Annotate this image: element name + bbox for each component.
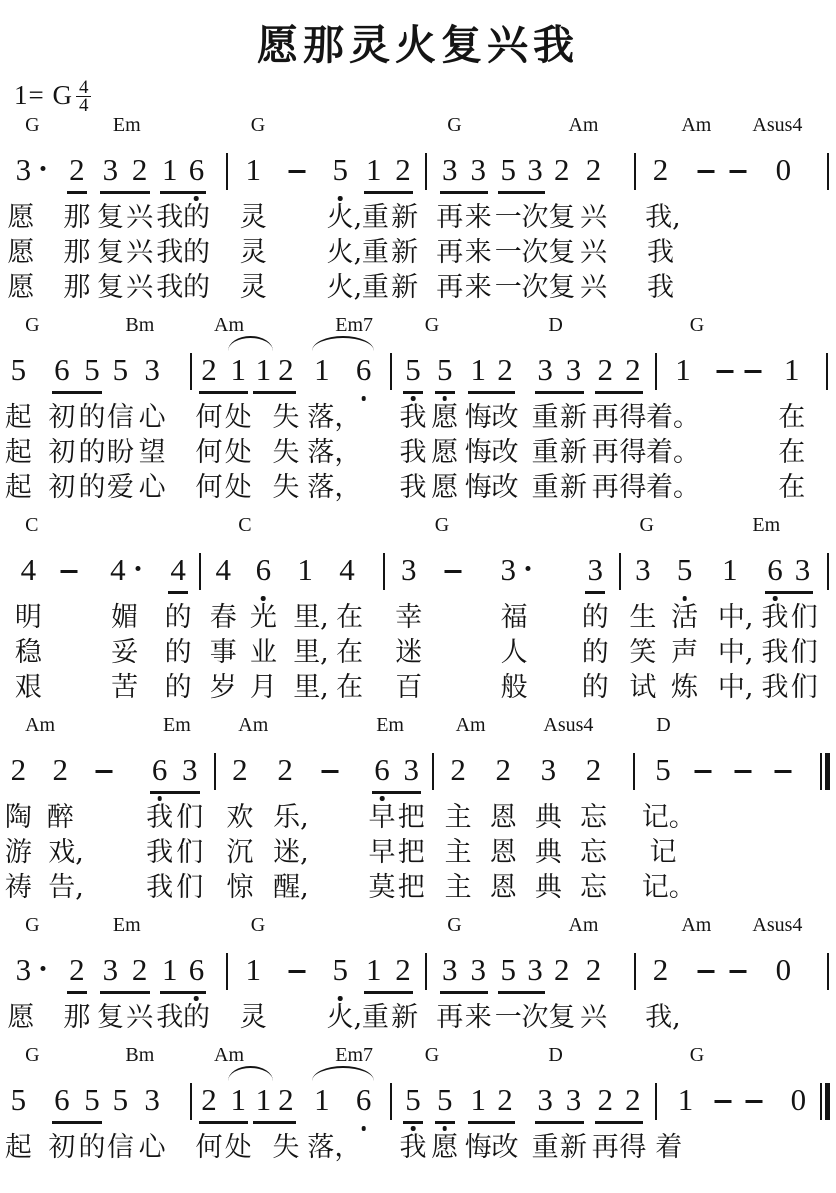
barline xyxy=(425,953,427,990)
duration-dash xyxy=(730,170,747,173)
lyric-line: 愿那复兴我的灵火,重新再来一次复兴我, xyxy=(0,1002,836,1037)
time-signature: 4 4 xyxy=(76,79,92,114)
barline xyxy=(425,153,427,190)
chord-label: Am xyxy=(568,914,598,937)
note-digit: 6 xyxy=(189,152,205,188)
lyric-syllable: 典 xyxy=(535,872,562,904)
note-digit: 5 xyxy=(437,352,453,388)
note-digit: 4 xyxy=(215,552,231,588)
lyric-syllable: 着 xyxy=(655,1132,682,1164)
lyric-line: 游戏,我们沉迷,早把主恩典忘记 xyxy=(0,837,836,872)
lyric-syllable: 着。 xyxy=(646,402,700,434)
lyric-syllable: 我 xyxy=(156,1002,183,1034)
note-digit: 3 xyxy=(470,952,486,988)
lyric-line: 起初的盼望何处失落，我愿悔改重新再得着。在 xyxy=(0,437,836,472)
lyric-syllable: 处 xyxy=(225,437,252,469)
lyric-line: 起初的信心何处失落，我愿悔改重新再得着。在 xyxy=(0,402,836,437)
lyric-syllable: 来 xyxy=(465,202,492,234)
augmentation-dot xyxy=(41,166,46,171)
barline xyxy=(190,353,192,390)
note-digit: 5 xyxy=(655,752,671,788)
note-digit: 1 xyxy=(231,352,247,388)
chord-label: Em7 xyxy=(335,314,373,337)
lyric-syllable: 一 xyxy=(495,272,522,304)
note-digit: 1 xyxy=(297,552,313,588)
chord-label: G xyxy=(25,1044,39,1067)
note-digit: 5 xyxy=(333,152,349,188)
lyric-syllable: 失 xyxy=(272,1132,299,1164)
lyric-syllable: 迷 xyxy=(395,637,422,669)
chord-label: Em xyxy=(376,714,404,737)
lyric-syllable: 灵 xyxy=(240,237,267,269)
lyric-syllable: 莫 xyxy=(369,872,396,904)
lyric-syllable: 改 xyxy=(491,437,518,469)
lyric-syllable: 们 xyxy=(176,872,203,904)
lyric-syllable: 的 xyxy=(165,637,192,669)
lyric-syllable: 告, xyxy=(48,872,84,904)
note-digit: 4 xyxy=(339,552,355,588)
chord-label: D xyxy=(656,714,670,737)
duration-dash xyxy=(445,570,462,573)
note-digit: 3 xyxy=(566,1082,582,1118)
eighth-beam xyxy=(160,991,207,994)
lyric-line: 起初的爱心何处失落，我愿悔改重新再得着。在 xyxy=(0,472,836,507)
lyric-syllable: 中, xyxy=(718,637,754,669)
note-digit: 2 xyxy=(586,752,602,788)
lyric-syllable: 炼 xyxy=(671,672,698,704)
key-signature: 1= G 4 4 xyxy=(14,74,91,116)
lyric-syllable: 恩 xyxy=(490,837,517,869)
lyric-syllable: 复 xyxy=(548,1002,575,1034)
chord-label: G xyxy=(640,514,654,537)
barline xyxy=(827,953,829,990)
lyric-syllable: 信 xyxy=(107,402,134,434)
lyric-syllable: 忘 xyxy=(580,837,607,869)
lyric-syllable: 苦 xyxy=(111,672,138,704)
chord-label: G xyxy=(690,314,704,337)
note-digit: 5 xyxy=(501,152,517,188)
chord-label: G xyxy=(251,914,265,937)
note-digit: 6 xyxy=(54,1082,70,1118)
note-digit: 1 xyxy=(678,1082,694,1118)
eighth-beam xyxy=(199,391,248,394)
lyric-syllable: 复 xyxy=(97,1002,124,1034)
lyric-syllable: 重 xyxy=(362,237,389,269)
lyric-syllable: 业 xyxy=(250,637,277,669)
chord-label: Am xyxy=(568,114,598,137)
chord-label: G xyxy=(25,114,39,137)
lyric-syllable: 次 xyxy=(522,1002,549,1034)
note-digit: 2 xyxy=(132,152,148,188)
lyric-syllable: 我 xyxy=(761,672,788,704)
lyric-syllable: 火, xyxy=(327,202,363,234)
lyric-syllable: 们 xyxy=(791,602,818,634)
note-digit: 1 xyxy=(366,952,382,988)
duration-dash xyxy=(60,570,77,573)
barline xyxy=(634,153,636,190)
lyric-syllable: 一 xyxy=(495,237,522,269)
lyric-syllable: 幸 xyxy=(395,602,422,634)
lyric-syllable: 那 xyxy=(63,237,90,269)
lyric-syllable: 起 xyxy=(5,472,32,504)
note-digit: 5 xyxy=(405,1082,421,1118)
chord-label: Am xyxy=(238,714,268,737)
lyric-syllable: 新 xyxy=(391,237,418,269)
page-title: 愿那灵火复兴我 xyxy=(0,12,836,71)
lyric-syllable: 那 xyxy=(63,202,90,234)
lyric-syllable: 信 xyxy=(107,1132,134,1164)
lyric-syllable: 月 xyxy=(250,672,277,704)
lyric-syllable: 戏, xyxy=(48,837,84,869)
note-digit: 1 xyxy=(162,952,178,988)
chord-label: G xyxy=(251,114,265,137)
lyric-syllable: 复 xyxy=(548,272,575,304)
lyric-syllable: 复 xyxy=(97,202,124,234)
time-signature-lower: 4 xyxy=(76,96,92,114)
sheet-music-page: 愿那灵火复兴我 1= G 4 4 GEmGGAmAmAsus4323216151… xyxy=(0,0,836,1193)
lyric-syllable: 悔 xyxy=(465,402,492,434)
lyric-syllable: 兴 xyxy=(580,237,607,269)
rest-note: 0 xyxy=(776,952,792,988)
lyric-syllable: 愿 xyxy=(431,1132,458,1164)
octave-dot xyxy=(157,796,162,801)
lyric-syllable: 那 xyxy=(63,272,90,304)
note-digit: 1 xyxy=(314,352,330,388)
lyric-syllable: 们 xyxy=(176,802,203,834)
barline xyxy=(226,153,228,190)
note-digit: 1 xyxy=(231,1082,247,1118)
lyric-syllable: 稳 xyxy=(15,637,42,669)
lyric-syllable: 的 xyxy=(165,602,192,634)
lyric-syllable: 落， xyxy=(307,472,361,504)
lyric-syllable: 何 xyxy=(196,437,223,469)
note-digit: 3 xyxy=(537,1082,553,1118)
lyric-syllable: 活 xyxy=(671,602,698,634)
eighth-beam xyxy=(253,1121,296,1124)
note-digit: 3 xyxy=(182,752,198,788)
lyric-syllable: 我 xyxy=(146,802,173,834)
lyric-syllable: 再 xyxy=(436,202,463,234)
lyric-syllable: 把 xyxy=(398,837,425,869)
note-digit: 2 xyxy=(496,752,512,788)
duration-dash xyxy=(745,370,762,373)
lyric-syllable: 重 xyxy=(362,1002,389,1034)
note-row: 565532112165512332210 xyxy=(0,1070,836,1134)
note-digit: 3 xyxy=(566,352,582,388)
lyric-syllable: 我 xyxy=(647,237,674,269)
lyric-syllable: 我 xyxy=(156,202,183,234)
note-digit: 1 xyxy=(784,352,800,388)
note-digit: 5 xyxy=(333,952,349,988)
octave-dot xyxy=(194,996,199,1001)
note-digit: 2 xyxy=(554,152,570,188)
lyric-syllable: 初 xyxy=(48,402,75,434)
chord-label: Am xyxy=(214,314,244,337)
barline xyxy=(655,353,657,390)
note-digit: 1 xyxy=(256,1082,272,1118)
note-digit: 2 xyxy=(278,352,294,388)
note-digit: 3 xyxy=(470,152,486,188)
note-digit: 2 xyxy=(625,1082,641,1118)
rest-note: 0 xyxy=(791,1082,807,1118)
note-digit: 5 xyxy=(113,1082,129,1118)
lyric-syllable: 改 xyxy=(491,1132,518,1164)
lyric-syllable: 何 xyxy=(196,402,223,434)
lyric-syllable: 兴 xyxy=(126,202,153,234)
note-digit: 2 xyxy=(278,1082,294,1118)
lyric-syllable: 望 xyxy=(139,437,166,469)
lyric-syllable: 的 xyxy=(183,272,210,304)
duration-dash xyxy=(730,970,747,973)
barline xyxy=(619,553,621,590)
lyric-syllable: 新 xyxy=(391,1002,418,1034)
lyric-syllable: 主 xyxy=(445,837,472,869)
lyric-syllable: 忘 xyxy=(580,802,607,834)
barline xyxy=(827,553,829,590)
note-digit: 5 xyxy=(405,352,421,388)
note-digit: 1 xyxy=(470,352,486,388)
lyric-syllable: 新 xyxy=(560,437,587,469)
lyric-line: 起初的信心何处失落，我愿悔改重新再得着 xyxy=(0,1132,836,1167)
note-digit: 4 xyxy=(110,552,126,588)
lyric-syllable: 兴 xyxy=(580,1002,607,1034)
barline xyxy=(190,1083,192,1120)
key-tonic: 1= G xyxy=(14,80,73,111)
eighth-beam xyxy=(67,991,87,994)
chord-label: G xyxy=(25,914,39,937)
note-digit: 2 xyxy=(653,952,669,988)
lyric-syllable: 我 xyxy=(399,1132,426,1164)
note-digit: 2 xyxy=(598,352,614,388)
lyric-syllable: 生 xyxy=(629,602,656,634)
duration-dash xyxy=(735,770,752,773)
lyric-syllable: 人 xyxy=(501,637,528,669)
lyric-syllable: 媚 xyxy=(111,602,138,634)
lyric-line: 愿那复兴我的灵火,重新再来一次复兴我 xyxy=(0,272,836,307)
lyric-syllable: 得 xyxy=(619,402,646,434)
note-digit: 1 xyxy=(470,1082,486,1118)
note-digit: 6 xyxy=(356,1082,372,1118)
octave-dot xyxy=(682,596,687,601)
lyric-syllable: 再 xyxy=(592,1132,619,1164)
lyric-syllable: 愿 xyxy=(7,272,34,304)
lyric-syllable: 得 xyxy=(619,437,646,469)
lyric-syllable: 中, xyxy=(718,672,754,704)
eighth-beam xyxy=(403,391,423,394)
duration-dash xyxy=(716,370,733,373)
lyric-syllable: 心 xyxy=(139,472,166,504)
lyric-syllable: 失 xyxy=(272,402,299,434)
lyric-syllable: 初 xyxy=(48,1132,75,1164)
lyric-syllable: 中, xyxy=(718,602,754,634)
barline xyxy=(390,1083,392,1120)
note-digit: 6 xyxy=(374,752,390,788)
note-digit: 2 xyxy=(497,352,513,388)
chord-label: G xyxy=(25,314,39,337)
lyric-syllable: 愿 xyxy=(431,402,458,434)
lyric-syllable: 明 xyxy=(15,602,42,634)
eighth-beam xyxy=(468,391,515,394)
lyric-line: 艰苦的岁月里,在百般的试炼中,我们 xyxy=(0,672,836,707)
note-digit: 2 xyxy=(598,1082,614,1118)
lyric-syllable: 笑 xyxy=(629,637,656,669)
lyric-syllable: 的 xyxy=(183,1002,210,1034)
slur-arc xyxy=(228,1066,273,1081)
note-digit: 1 xyxy=(162,152,178,188)
final-barline xyxy=(820,753,830,790)
chord-label: Am xyxy=(681,114,711,137)
note-digit: 6 xyxy=(189,952,205,988)
barline xyxy=(383,553,385,590)
note-digit: 2 xyxy=(201,352,217,388)
lyric-syllable: 重 xyxy=(532,1132,559,1164)
lyric-syllable: 着。 xyxy=(646,437,700,469)
barline xyxy=(226,953,228,990)
note-digit: 3 xyxy=(501,552,517,588)
note-digit: 1 xyxy=(256,352,272,388)
lyric-syllable: 恩 xyxy=(490,802,517,834)
duration-dash xyxy=(95,770,112,773)
eighth-beam xyxy=(440,191,488,194)
lyric-line: 明媚的春光里,在幸福的生活中,我们 xyxy=(0,602,836,637)
octave-dot xyxy=(338,996,343,1001)
lyric-syllable: 兴 xyxy=(126,1002,153,1034)
barline xyxy=(390,353,392,390)
octave-dot xyxy=(261,596,266,601)
note-digit: 2 xyxy=(132,952,148,988)
lyric-syllable: 我 xyxy=(399,437,426,469)
octave-dot xyxy=(442,1126,447,1131)
note-digit: 2 xyxy=(201,1082,217,1118)
lyric-syllable: 把 xyxy=(398,802,425,834)
chord-label: G xyxy=(435,514,449,537)
chord-label: Asus4 xyxy=(752,114,802,137)
eighth-beam xyxy=(364,191,413,194)
duration-dash xyxy=(288,170,305,173)
octave-dot xyxy=(338,196,343,201)
barline xyxy=(214,753,216,790)
lyric-syllable: 改 xyxy=(491,472,518,504)
lyric-syllable: 岁 xyxy=(210,672,237,704)
note-digit: 3 xyxy=(795,552,811,588)
lyric-syllable: 乐, xyxy=(273,802,309,834)
lyric-syllable: 爱 xyxy=(107,472,134,504)
chord-label: G xyxy=(425,1044,439,1067)
lyric-syllable: 复 xyxy=(97,272,124,304)
lyric-syllable: 在 xyxy=(336,602,363,634)
eighth-beam xyxy=(67,191,87,194)
lyric-syllable: 重 xyxy=(532,472,559,504)
note-digit: 1 xyxy=(675,352,691,388)
note-digit: 6 xyxy=(256,552,272,588)
lyric-syllable: 心 xyxy=(139,1132,166,1164)
octave-dot xyxy=(194,196,199,201)
lyric-syllable: 记 xyxy=(649,837,676,869)
lyric-syllable: 主 xyxy=(445,872,472,904)
note-digit: 3 xyxy=(442,152,458,188)
lyric-syllable: 一 xyxy=(495,1002,522,1034)
note-digit: 5 xyxy=(113,352,129,388)
note-digit: 3 xyxy=(16,152,32,188)
lyric-syllable: 悔 xyxy=(465,472,492,504)
eighth-beam xyxy=(52,1121,102,1124)
lyric-syllable: 的 xyxy=(183,237,210,269)
duration-dash xyxy=(288,970,305,973)
lyric-syllable: 灵 xyxy=(240,272,267,304)
lyric-syllable: 我 xyxy=(156,272,183,304)
lyric-syllable: 的 xyxy=(165,672,192,704)
eighth-beam xyxy=(403,1121,423,1124)
lyric-syllable: 妥 xyxy=(111,637,138,669)
lyric-syllable: 新 xyxy=(560,402,587,434)
lyric-syllable: 典 xyxy=(535,837,562,869)
barline xyxy=(633,753,635,790)
lyric-syllable: 新 xyxy=(391,272,418,304)
rest-note: 0 xyxy=(776,152,792,188)
lyric-syllable: 初 xyxy=(48,472,75,504)
octave-dot xyxy=(380,796,385,801)
lyric-syllable: 我, xyxy=(645,202,681,234)
eighth-beam xyxy=(498,991,545,994)
chord-label: Am xyxy=(681,914,711,937)
octave-dot xyxy=(411,1126,416,1131)
lyric-syllable: 忘 xyxy=(580,872,607,904)
octave-dot xyxy=(361,1126,366,1131)
lyric-syllable: 悔 xyxy=(465,1132,492,1164)
eighth-beam xyxy=(253,391,296,394)
lyric-syllable: 兴 xyxy=(580,272,607,304)
lyric-syllable: 处 xyxy=(225,472,252,504)
note-digit: 1 xyxy=(246,152,262,188)
note-digit: 2 xyxy=(554,952,570,988)
note-digit: 3 xyxy=(144,1082,160,1118)
lyric-syllable: 迷, xyxy=(273,837,309,869)
lyric-syllable: 我, xyxy=(645,1002,681,1034)
octave-dot xyxy=(361,396,366,401)
lyric-syllable: 再 xyxy=(436,1002,463,1034)
note-digit: 3 xyxy=(587,552,603,588)
lyric-syllable: 在 xyxy=(778,402,805,434)
eighth-beam xyxy=(435,1121,455,1124)
lyric-syllable: 欢 xyxy=(226,802,253,834)
lyric-syllable: 们 xyxy=(791,637,818,669)
note-digit: 2 xyxy=(232,752,248,788)
chord-label: Asus4 xyxy=(752,914,802,937)
lyric-syllable: 再 xyxy=(592,472,619,504)
chord-label: G xyxy=(447,914,461,937)
barline xyxy=(199,553,201,590)
slur-arc xyxy=(228,336,273,351)
note-digit: 6 xyxy=(356,352,372,388)
lyric-syllable: 愿 xyxy=(431,437,458,469)
note-digit: 2 xyxy=(11,752,27,788)
eighth-beam xyxy=(585,591,605,594)
lyric-syllable: 的 xyxy=(582,602,609,634)
lyric-syllable: 灵 xyxy=(240,202,267,234)
lyric-syllable: 愿 xyxy=(7,237,34,269)
note-digit: 2 xyxy=(450,752,466,788)
slur-arc xyxy=(312,1066,374,1081)
lyric-syllable: 醒, xyxy=(273,872,309,904)
lyric-syllable: 陶 xyxy=(5,802,32,834)
lyric-syllable: 悔 xyxy=(465,437,492,469)
lyric-syllable: 再 xyxy=(436,237,463,269)
note-digit: 3 xyxy=(541,752,557,788)
eighth-beam xyxy=(160,191,207,194)
lyric-syllable: 事 xyxy=(210,637,237,669)
eighth-beam xyxy=(372,791,421,794)
note-digit: 3 xyxy=(103,152,119,188)
